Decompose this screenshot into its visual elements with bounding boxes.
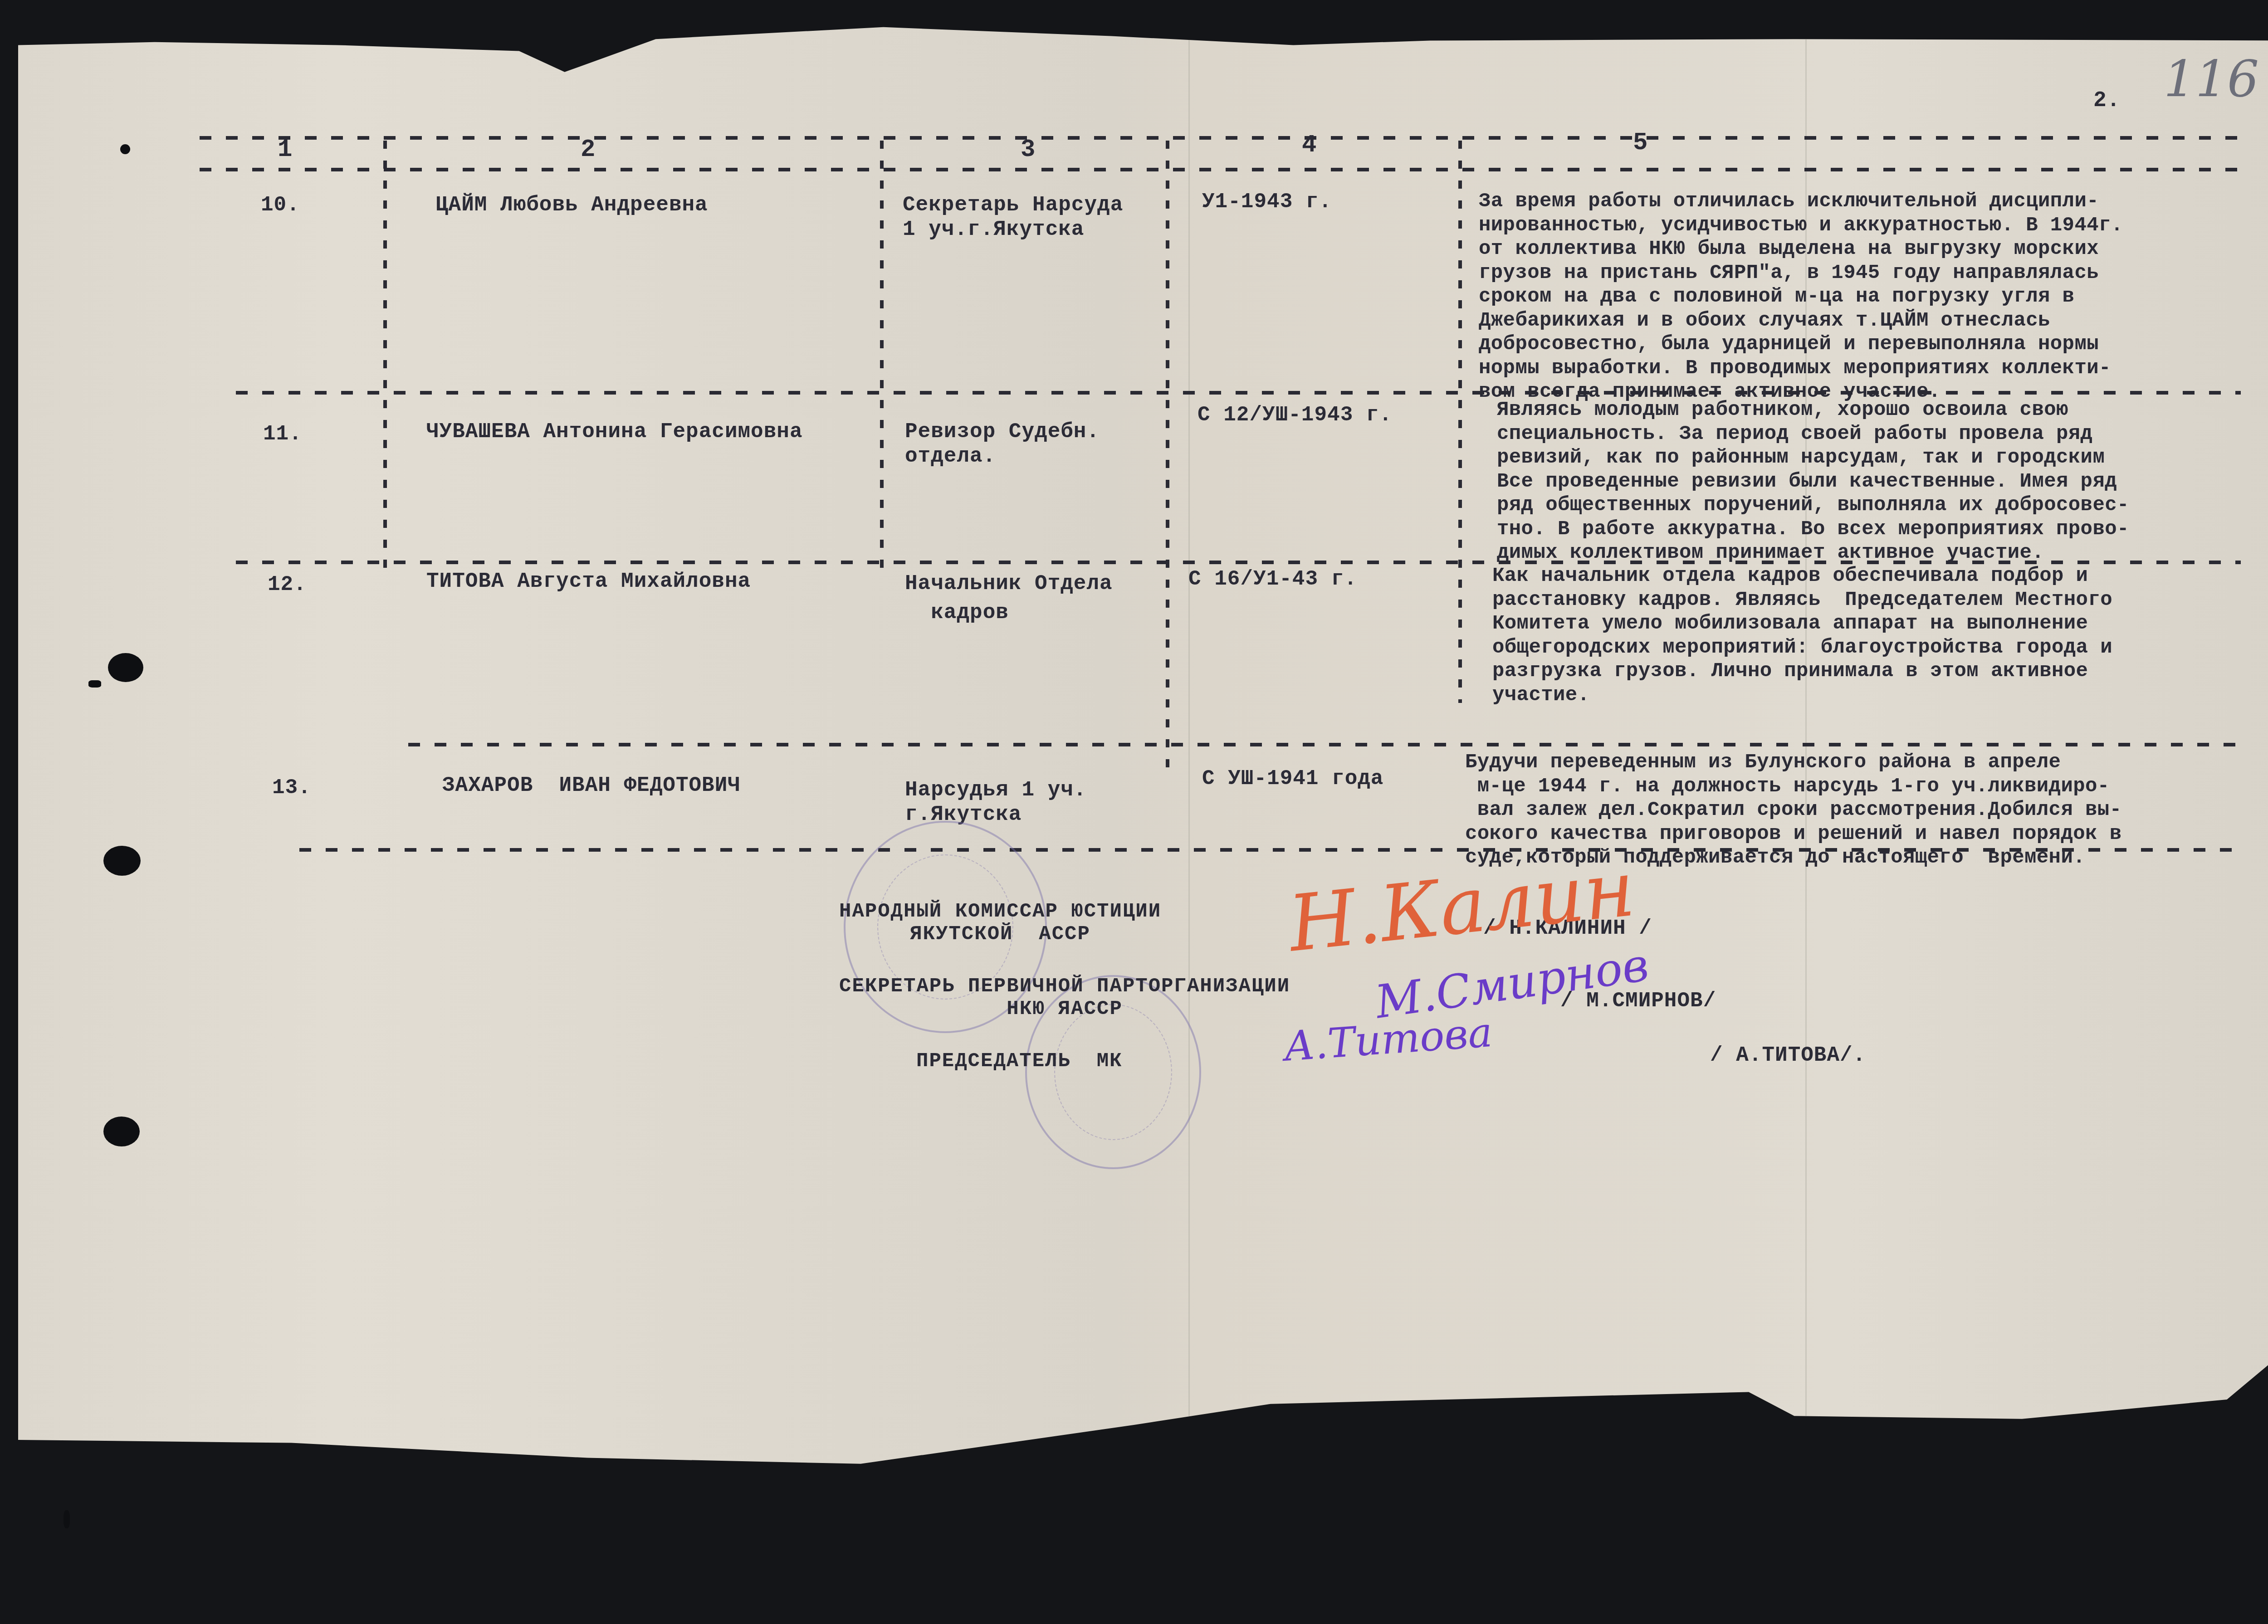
column-separator: [1458, 141, 1462, 703]
employee-characteristic: За время работы отличилась исключительно…: [1479, 190, 2123, 404]
row-number: 10.: [261, 193, 300, 217]
column-separator: [383, 141, 387, 571]
row-number: 12.: [268, 572, 307, 597]
employee-name: ЦАЙМ Любовь Андреевна: [435, 193, 708, 217]
chair-title: ПРЕДСЕДАТЕЛЬ МК: [916, 1050, 1122, 1073]
column-header-2: 2: [581, 136, 595, 164]
punch-hole: [103, 846, 141, 876]
punch-hole: [108, 653, 143, 682]
employee-name: ЗАХАРОВ ИВАН ФЕДОТОВИЧ: [442, 773, 741, 798]
employee-name: ТИТОВА Августа Михайловна: [426, 569, 751, 594]
column-header-3: 3: [1021, 136, 1035, 164]
chair-name: / А.ТИТОВА/.: [1710, 1043, 1866, 1068]
employee-position: Секретарь Нарсуда 1 уч.г.Якутска: [903, 193, 1123, 242]
row-number: 11.: [263, 422, 302, 446]
secretary-title: СЕКРЕТАРЬ ПЕРВИЧНОЙ ПАРТОРГАНИЗАЦИИ НКЮ …: [839, 975, 1290, 1020]
table-rule: [299, 848, 2241, 852]
table-rule: [236, 391, 2241, 395]
table-rule: [200, 168, 2241, 171]
page-number: 2.: [2093, 88, 2121, 113]
commissar-title: НАРОДНЫЙ КОМИССАР ЮСТИЦИИ ЯКУТСКОЙ АССР: [839, 900, 1161, 946]
column-separator: [1166, 141, 1169, 775]
employee-position: Начальник Отдела кадров: [905, 569, 1113, 627]
employee-position: Нарсудья 1 уч. г.Якутска: [905, 778, 1086, 827]
column-header-4: 4: [1302, 132, 1316, 159]
employee-position: Ревизор Судебн. отдела.: [905, 419, 1100, 468]
employment-since: С УШ-1941 года: [1202, 766, 1383, 791]
punch-hole: [120, 144, 130, 154]
table-rule: [408, 743, 2241, 746]
row-number: 13.: [272, 775, 311, 800]
table-rule: [236, 561, 2241, 564]
employee-name: ЧУВАШЕВА Антонина Герасимовна: [426, 419, 803, 444]
table-rule: [200, 136, 2241, 140]
punch-hole: [88, 680, 101, 688]
column-header-5: 5: [1633, 129, 1647, 157]
employee-characteristic: Являясь молодым работником, хорошо освои…: [1497, 398, 2129, 565]
employee-characteristic: Как начальник отдела кадров обеспечивала…: [1492, 564, 2112, 707]
column-separator: [880, 141, 884, 571]
employment-since: С 16/У1-43 г.: [1188, 567, 1357, 591]
paper-fold: [1188, 18, 1190, 1515]
employment-since: У1-1943 г.: [1202, 190, 1332, 214]
archive-folio-number: 116: [2164, 50, 2259, 108]
column-header-1: 1: [278, 136, 292, 164]
employment-since: С 12/УШ-1943 г.: [1198, 403, 1392, 427]
punch-hole: [64, 1510, 70, 1528]
punch-hole: [103, 1117, 140, 1146]
